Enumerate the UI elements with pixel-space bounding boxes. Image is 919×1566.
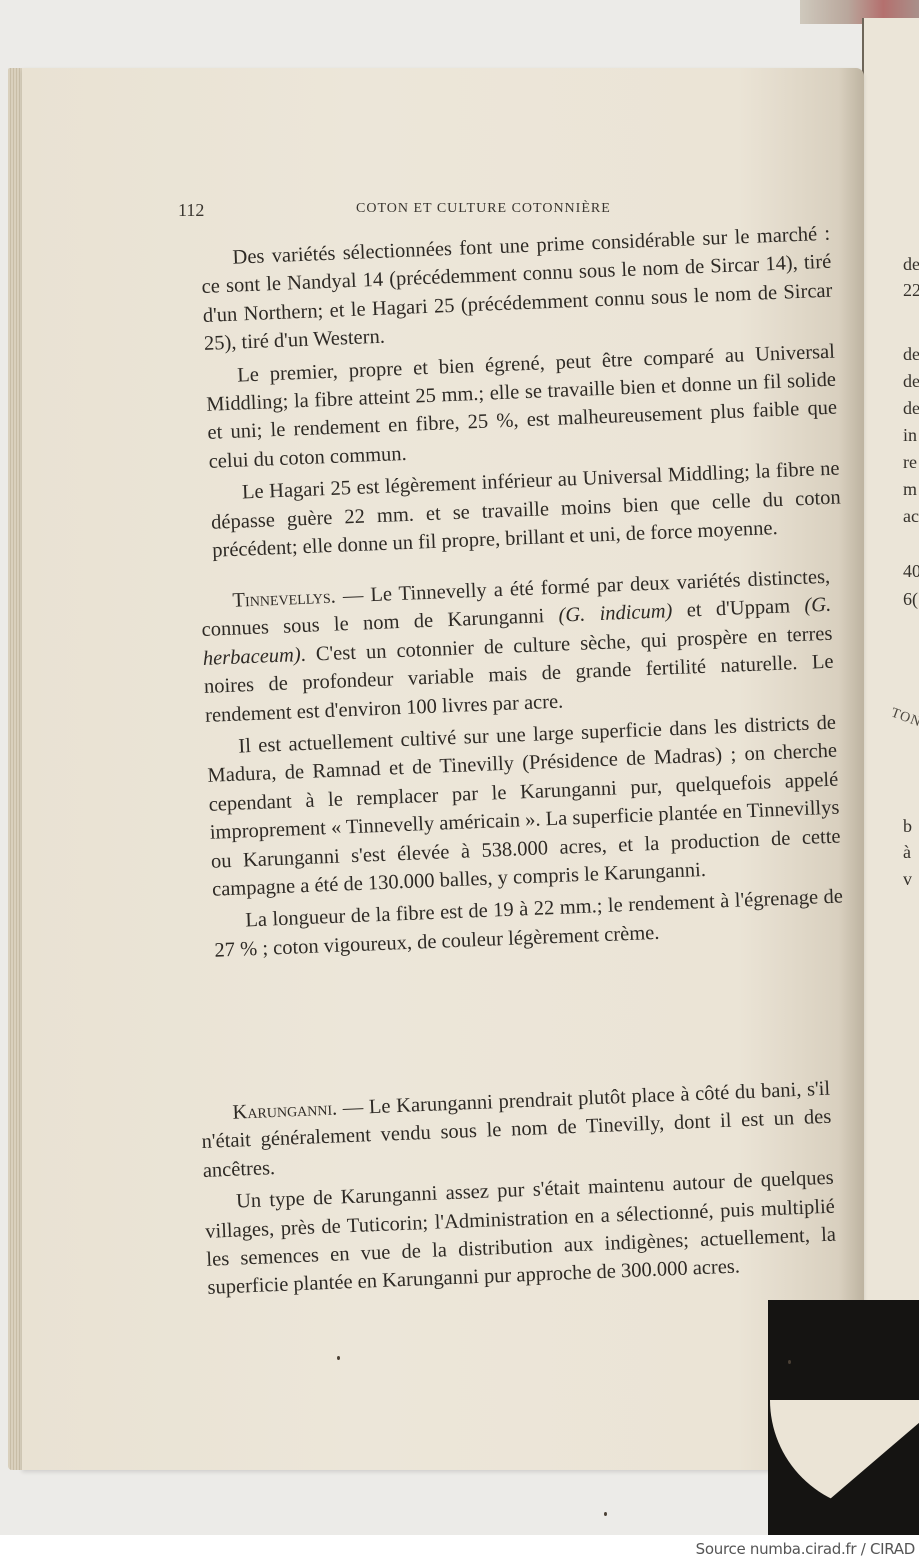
paragraph: Des variétés sélectionnées font une prim… [200,220,834,359]
facing-line: à [903,838,911,866]
facing-line: 22 [903,276,919,304]
facing-line: re [903,448,917,476]
facing-line: de [903,394,919,422]
section-heading: Tinnevellys. [232,586,336,612]
source-credit: Source numba.cirad.fr / CIRAD [696,1540,915,1558]
paragraph: Il est actuellement cultivé sur une larg… [206,709,842,905]
running-title: COTON ET CULTURE COTONNIÈRE [356,201,611,217]
page-number: 112 [178,200,204,221]
facing-line: de [903,367,919,395]
facing-line: m [903,475,917,503]
section-karunganni: Karunganni. — Le Karunganni prendrait pl… [200,1075,838,1303]
facing-line: ac [903,502,919,530]
facing-line: de [903,250,919,278]
facing-line: 40 [903,557,919,585]
paragraph: Le premier, propre et bien égrené, peut … [205,337,839,476]
facing-line: de [903,340,919,368]
section-selected-varieties: Des variétés sélectionnées font une prim… [200,220,842,565]
facing-line: 6( [903,585,918,613]
paragraph: Tinnevellys. — Le Tinnevelly a été formé… [200,563,835,730]
paper-speck [788,1360,791,1364]
facing-line: b [903,812,912,840]
section-heading: Karunganni. [232,1098,338,1124]
facing-line: in [903,421,917,449]
running-head: 112 COTON ET CULTURE COTONNIÈRE [178,200,838,224]
paper-speck [604,1512,607,1516]
paper-speck [337,1356,340,1360]
section-tinnevellys: Tinnevellys. — Le Tinnevelly a été formé… [200,563,845,965]
facing-line: v [903,865,912,893]
species-name: (G. indicum) [558,600,673,627]
